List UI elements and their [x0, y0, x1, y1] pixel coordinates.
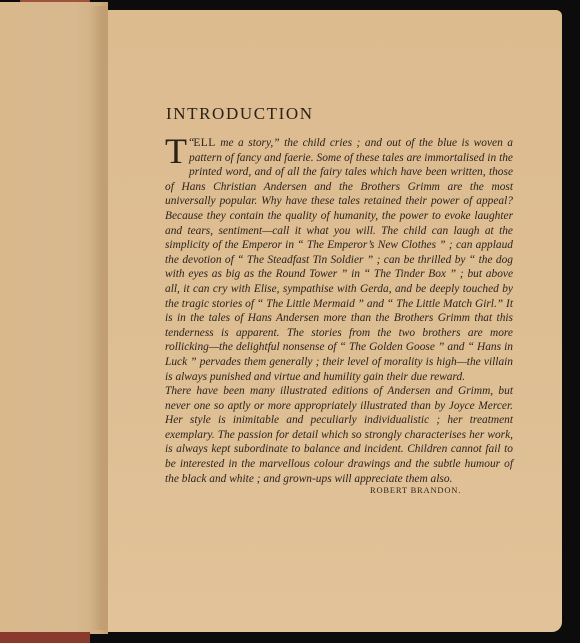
paragraph-1: “TELL me a story,” the child cries ; and… [165, 135, 513, 384]
paragraph-2: There have been many illustrated edition… [165, 384, 513, 486]
book-cover-edge-bottom [0, 632, 90, 643]
page-title: INTRODUCTION [166, 104, 314, 124]
book-gutter [90, 6, 110, 630]
introduction-body: “TELL me a story,” the child cries ; and… [165, 135, 513, 486]
drop-cap: T [165, 136, 187, 166]
author-signature: ROBERT BRANDON. [370, 485, 461, 495]
opening-word: ELL [193, 137, 215, 149]
paragraph-1-text: me a story,” the child cries ; and out o… [165, 137, 513, 383]
